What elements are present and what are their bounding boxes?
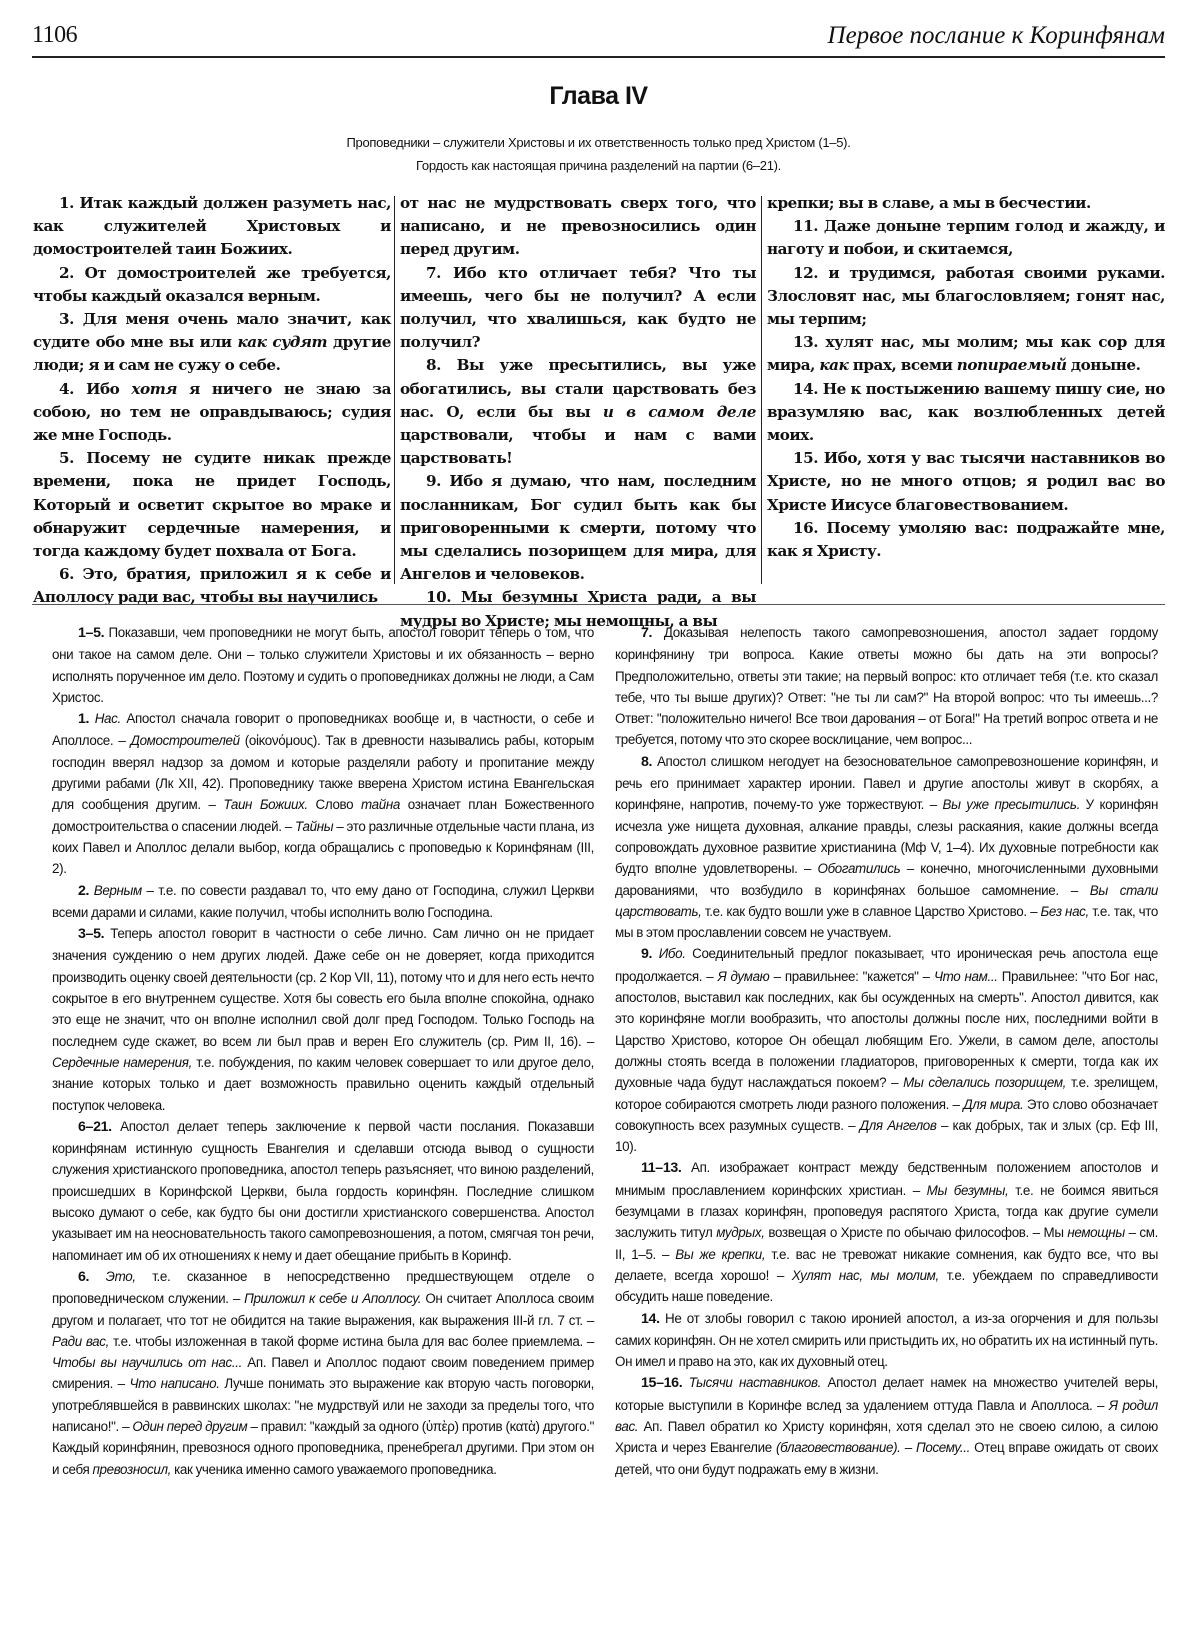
column-divider [761,196,762,584]
verse-reference: 6–21. [78,1119,112,1135]
scripture-column-3: крепки; вы в славе, а мы в бесчестии. 11… [767,192,1165,563]
verse: 11. Даже доныне терпим голод и жажду, и … [767,215,1165,261]
verse: 13. хулят нас, мы молим; мы как сор для … [767,331,1165,377]
verse-reference: 1. [78,711,89,727]
scripture-column-1: 1. Итак каждый должен разуметь нас, как … [33,192,391,610]
commentary-paragraph: 7. Доказывая нелепость такого самопревоз… [615,622,1158,751]
header-rule [32,56,1165,58]
verse: 14. Не к постыжению вашему пишу сие, но … [767,378,1165,448]
verse: 3. Для меня очень мало значит, как судит… [33,308,391,378]
verse-reference: 9. [641,946,652,962]
verse-reference: 1–5. [78,625,104,641]
verse: 9. Ибо я думаю, что нам, последним посла… [400,470,756,586]
scripture-text: 1. Итак каждый должен разуметь нас, как … [32,192,1165,590]
commentary-paragraph: 1–5. Показавши, чем проповедники не могу… [52,622,594,708]
verse-reference: 14. [641,1311,660,1327]
verse-reference: 7. [641,625,652,641]
verse-reference: 8. [641,754,652,770]
verse: 12. и трудимся, работая своими руками. З… [767,262,1165,332]
verse: 15. Ибо, хотя у вас тысячи наставников в… [767,447,1165,517]
column-divider [394,196,395,584]
verse: 16. Посему умоляю вас: подражайте мне, к… [767,517,1165,563]
running-header: 1106 Первое послание к Коринфянам [32,18,1165,54]
verse: 5. Посему не судите никак прежде времени… [33,447,391,563]
verse-continuation: крепки; вы в славе, а мы в бесчестии. [767,192,1165,215]
verse: 1. Итак каждый должен разуметь нас, как … [33,192,391,262]
scripture-column-2: от нас не мудрствовать сверх того, что н… [400,192,756,633]
verse: 4. Ибо хотя я ничего не знаю за собою, н… [33,378,391,448]
section-rule [32,604,1165,605]
verse-reference: 11–13. [641,1160,682,1176]
verse-reference: 6. [78,1269,89,1285]
commentary-paragraph: 2. Верным – т.е. по совести раздавал то,… [52,880,594,924]
verse: 2. От домостроителей же требуется, чтобы… [33,262,391,308]
commentary-paragraph: 14. Не от злобы говорил с такою иронией … [615,1308,1158,1373]
commentary-paragraph: 11–13. Ап. изображает контраст между бед… [615,1157,1158,1307]
verse: 7. Ибо кто отличает тебя? Что ты имеешь,… [400,262,756,355]
commentary-paragraph: 15–16. Тысячи наставников. Апостол делае… [615,1372,1158,1479]
summary-line: Гордость как настоящая причина разделени… [32,154,1165,177]
verse: 8. Вы уже пресытились, вы уже обогатилис… [400,354,756,470]
verse-continuation: от нас не мудрствовать сверх того, что н… [400,192,756,262]
commentary-paragraph: 3–5. Теперь апостол говорит в частности … [52,923,594,1116]
commentary-paragraph: 8. Апостол слишком негодует на безоснова… [615,751,1158,944]
chapter-summary: Проповедники – служители Христовы и их о… [32,131,1165,177]
commentary-column-right: 7. Доказывая нелепость такого самопревоз… [615,622,1158,1480]
commentary-paragraph: 6–21. Апостол делает теперь заключение к… [52,1116,594,1266]
commentary-column-left: 1–5. Показавши, чем проповедники не могу… [52,622,594,1480]
verse-reference: 3–5. [78,926,104,942]
commentary-paragraph: 9. Ибо. Соединительный предлог показывае… [615,943,1158,1157]
verse-reference: 2. [78,883,89,899]
verse: 6. Это, братия, приложил я к себе и Апол… [33,563,391,609]
page-number: 1106 [32,22,77,49]
book-title: Первое послание к Коринфянам [828,22,1165,50]
document-page: 1106 Первое послание к Коринфянам Глава … [32,0,1165,1632]
chapter-title: Глава IV [32,82,1165,111]
verse-reference: 15–16. [641,1375,682,1391]
commentary-paragraph: 1. Нас. Апостол сначала говорит о пропов… [52,708,594,879]
summary-line: Проповедники – служители Христовы и их о… [32,131,1165,154]
commentary-paragraph: 6. Это, т.е. сказанное в непосредственно… [52,1266,594,1480]
